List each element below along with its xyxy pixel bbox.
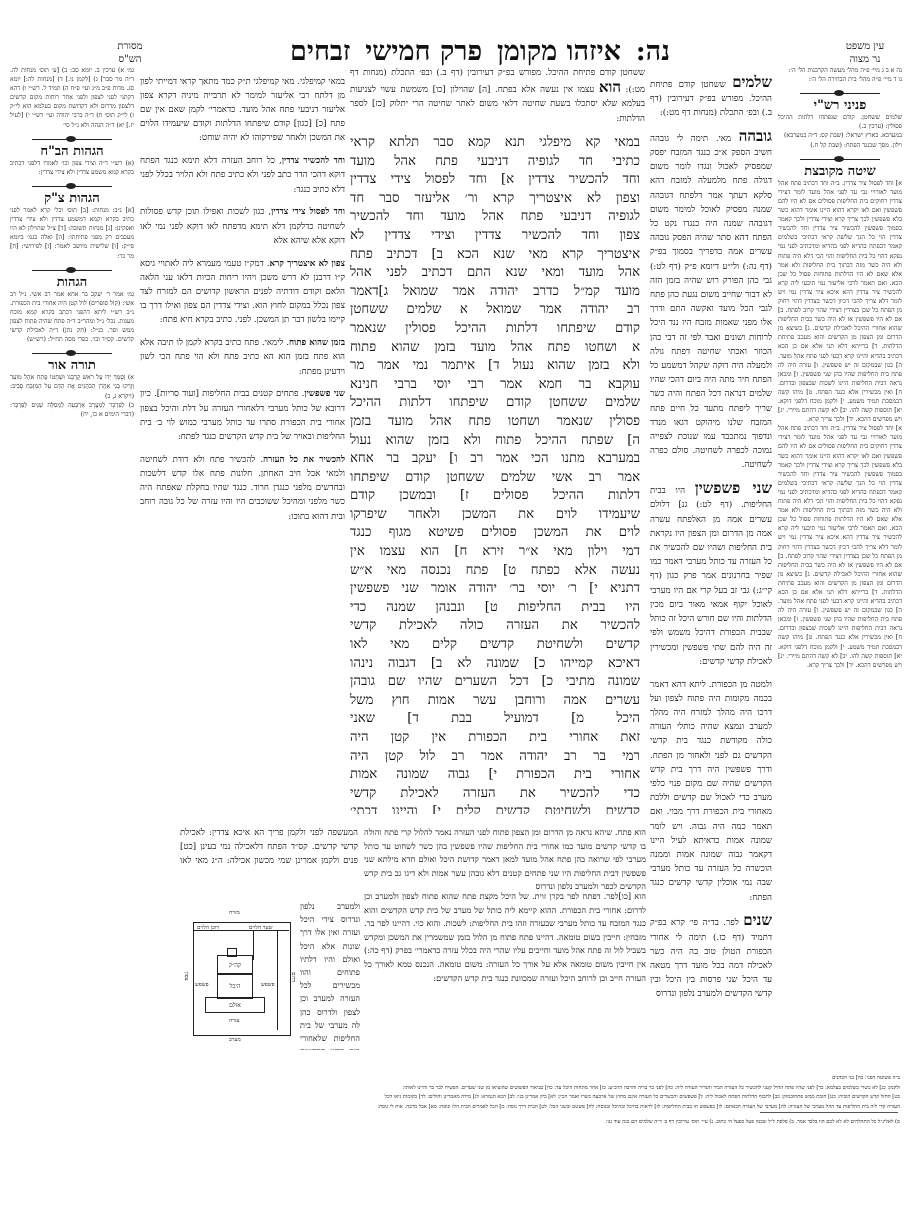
rashi-para-5: שני פשפשין. פתחים קטנים בבית החליפות [וע… xyxy=(140,387,345,444)
tosafot-column: שלמים ששחטן קודם פתיחת ההיכל. מפורש בפ״ק… xyxy=(650,66,772,1066)
hagahot-bach-title: הגהות הב"ח xyxy=(10,147,134,156)
footnote-line: העזרה קדי ליה בית החליפות עד ההל מערבי ש… xyxy=(170,1103,900,1113)
rashi-bottom-center: הוא [כו]לפר. דפתח לפר בקרן זוית. של היכל… xyxy=(364,890,646,1060)
mishnah-opening-word: שלמים xyxy=(732,73,772,91)
masoret-header-line2: הש"ס xyxy=(100,53,160,66)
gemara-line: כתיבי חד לגופיה דניבעי פתח אהל מועד xyxy=(350,153,640,172)
tosafot-text-4: לפר. בד״ה פי׳ קרא בפ״ק דתמיד (דף כז.) תי… xyxy=(650,918,772,999)
footnotes: ב״ה פשוטה הפני: כה] בני הכהנים ולקמן: כג… xyxy=(170,1074,900,1112)
gemara-line: מועד קמ״ל כדרב יהודה אמר שמואל ג]דאמר xyxy=(350,283,640,302)
gemara-line: שלמים ששחטן קודם שיפתחו דלתות ההיכל xyxy=(350,394,640,413)
folio-number: נה: xyxy=(636,36,670,67)
gemara-line: לוים את המשכן פסולים פשיטא מגוף כנגד xyxy=(350,524,640,543)
rashi-para-1: וחד להכשיר צדדין, כל רוחב העזרה דלא תימא… xyxy=(140,154,345,197)
gemara-line: קדשים ולשחיטת קדשים קלים מאי לאו xyxy=(350,636,640,655)
gemara-line: אהל מועד ומאי שנא התם דכתיב לפני אהל xyxy=(350,264,640,283)
footnote-line: כט] החזל קדש הקדשים הוביה: כט] חזבת ממש … xyxy=(170,1093,900,1103)
gemara-line: שיעמידו לוים את המשכן ולאחר שיפרקו xyxy=(350,506,640,525)
gemara-line: רמי בר רב יהודה אמר רב לול קטן היה xyxy=(350,748,640,767)
tosafot-para-2: שני פשפשין היו בבית החליפות. (דף לט:) גנ… xyxy=(650,481,772,669)
rashi-heading: להכשיר את כל העזרה xyxy=(263,455,345,465)
rashi-bottom-left: המעשפה לפני ולקמן פריך הא איכא צדדין: לא… xyxy=(180,826,358,866)
gemara-line: קדשים ולשחיטת קדשים קלים י] והיינו דכתי׳ xyxy=(350,803,640,814)
diagram-west-label: מערב xyxy=(229,1037,241,1043)
rashi-heading: צפון לא איצטריך קרא xyxy=(270,259,345,269)
ein-mishpat-item: נו ד מיי׳ פ״ה מהל׳ בית הבחירה הל׳ ה׳: xyxy=(778,75,902,84)
hu-word: הוא xyxy=(599,78,621,96)
gemara-line: נעשה אלא כפתח ט] פתח נכנסה מאי א״ש xyxy=(350,562,640,581)
gemara-line: דתניא י] ר׳ יוסי בר׳ יהודה אומר שני פשפש… xyxy=(350,580,640,599)
rashi-heading: וחד לפסול צידי צדדין xyxy=(271,207,345,217)
diagram-north-label: צפון xyxy=(183,972,189,981)
mishnah-top-center: ששחטן קודם פתיחת ההיכל. מפורש בפ״ק דעירו… xyxy=(350,66,645,126)
gemara-text: במאי קא מיפלגי תנא קמא סבר תלתא קראי כתי… xyxy=(350,134,640,814)
tosafot-text-3: ולמטה מן הכפורת. ליתא דהא דאמר בכמה מקומ… xyxy=(650,680,772,903)
tosafot-para-4: שנים לפר. בד״ה פי׳ קרא בפ״ק דתמיד (דף כז… xyxy=(650,913,772,1001)
gemara-line: צפון וחד להכשיר צדדין וצידי צדדין לא xyxy=(350,227,640,246)
bottom-center-text: הוא [כו]לפר. דפתח לפר בקרן זוית. של היכל… xyxy=(364,891,646,983)
ornament-divider xyxy=(32,267,112,274)
diagram-east-label: מזרח xyxy=(229,910,240,916)
gemara-line: א ושחטו פתח אהל מועד בזמן שהוא פתוח xyxy=(350,339,640,358)
hagahot-title: הגהות xyxy=(10,278,134,287)
tosafot-text: מאי. תימה לי גובהה חשיב הספק א״כ כנגד המ… xyxy=(650,134,772,471)
diagram-azara-label: עזרה xyxy=(229,1018,240,1024)
tosafot-para-1: גובהה מאי. תימה לי גובהה חשיב הספק א״כ כ… xyxy=(650,129,772,473)
rashi-bottom-right-text: הוא פתח. שיהא נראה מן הדרום ומן הצפון פת… xyxy=(364,827,646,891)
shita-mekubetzet-text: א] וחד לפסול ציר צדדין. ב״ה וחד דכתיב פת… xyxy=(778,179,902,425)
right-margin-column: נה א ב ג מיי׳ פ״ה מהל׳ מעשה הקרבנות הל׳ … xyxy=(778,66,902,1066)
gemara-line: להכשיר את העזרה כולה לאכילת קדשי xyxy=(350,617,640,636)
rashi-text-top: במאי קמיפלגי. מאי קמיפלגי ת״ק כמד מתאך ק… xyxy=(140,75,345,146)
gemara-line: וחד להכשיר צדדין א] וחד לפסול צידי צדדין xyxy=(350,171,640,190)
torah-or-title: תורה אור xyxy=(10,361,134,370)
masoret-header: מסורת הש"ס xyxy=(100,40,160,66)
footnote-line: ולקמן: כג] לא כשרי בשלמים בעלמא: כד] לפנ… xyxy=(170,1084,900,1094)
gemara-line: עוקבא בר חמא אמר רבי יוסי ברבי חנינא xyxy=(350,376,640,395)
gemara-line: וצפון לא איצטריך קרא ור׳ אליעזר סבר חד xyxy=(350,190,640,209)
gemara-line: ה] שפתח ההיכל פתוח ולא בזמן שהוא נעול xyxy=(350,432,640,451)
diagram-pishpash-left: פשפש xyxy=(195,982,209,988)
rashi-para-3: צפון לא איצטריך קרא. דמק״ו טעמי מעמרא לי… xyxy=(140,257,345,328)
ein-mishpat-item: נה א ב ג מיי׳ פ״ה מהל׳ מעשה הקרבנות הל׳ … xyxy=(778,66,902,75)
bottom-footnotes: ס) לאליג״ל כל התהלהים לא לא לכם הוו בלבד… xyxy=(440,1118,900,1128)
hagahot-bach-text: (א) רש״י ד״ה וצידי צפון וכו׳ לאמרו דלפני… xyxy=(10,159,134,177)
gemara-line: במערבא מתנו הכי אמר רב ו] יעקב בר אחא xyxy=(350,450,640,469)
diagram-kodesh-kodashim: קה״ק xyxy=(217,955,253,975)
diagram-ulam: אולם xyxy=(205,997,265,1013)
tosafot-para-3: ולמטה מן הכפורת. ליתא דהא דאמר בכמה מקומ… xyxy=(650,678,772,905)
page-title-bar: נה: איזהו מקומן פרק חמישי זבחים xyxy=(290,34,670,68)
hagahot-text: גמ׳ אמר ר׳ יעקב בר אחא אמר רב אשי. נ״ל ר… xyxy=(10,290,134,345)
pnei-rashi-item: וילון. מסך שכנגד הפתח: (שבת קל ח.) xyxy=(778,141,902,150)
ornament-divider xyxy=(32,350,112,357)
gemara-line: עשרים אמה ורוחבן עשר אמות חוץ משל xyxy=(350,692,640,711)
gemara-line: דאיכא קמייהו כ] שמונה לא ב] דגבוה נינהו xyxy=(350,655,640,674)
footnote-line: ב״ה פשוטה הפני: כה] בני הכהנים xyxy=(170,1074,900,1084)
hagahot-tzak-text: [א] נ״ב: מנחות: [ב] תוס׳ וכל׳ קרא לאמר ל… xyxy=(10,206,134,261)
diagram-heichal: היכל xyxy=(217,973,253,999)
torah-or-verse: א) וְסָמַךְ יָדוֹ עַל רֹאשׁ קָרְבָּנוֹ ו… xyxy=(10,373,134,400)
diagram-arrow-vertical xyxy=(253,930,254,960)
gemara-line: רב יהודה אמר שמואל א שלמים ששחטן xyxy=(350,301,640,320)
rashi-heading: וחד להכשיר צדדין xyxy=(282,156,345,166)
gemara-line: כדי להכשיר את העזרה לאכילת קדשי xyxy=(350,785,640,804)
masoret-header-line1: מסורת xyxy=(100,40,160,53)
footnote-line: ס) לאליג״ל כל התהלהים לא לא לכם הוו בלבד… xyxy=(440,1118,900,1128)
gemara-line: היכל מ] דמועיל בבת ד] שאני xyxy=(350,710,640,729)
rashi-para-2: וחד לפסול צידי צדדין, כגון לשכות ואפילו … xyxy=(140,205,345,248)
rashi-heading: בזמן שהוא פתוח xyxy=(289,338,345,348)
diagram-south-label: דרום xyxy=(290,972,296,982)
masoret-text: גמ׳ א) ערכין ב. יומא סב: ב) [ע׳ תוס׳ מנח… xyxy=(10,66,134,130)
tosafot-heading-pishpashin: שני פשפשין xyxy=(695,479,772,497)
diagram-height-arrow xyxy=(277,930,278,1030)
ornament-divider xyxy=(800,156,880,163)
tosafot-opening-word: גובהה xyxy=(739,127,772,145)
shita-mekubetzet-text-cont: א] וחד לפסול ציר צדדין. ב״ה וחד דכתיב פת… xyxy=(778,424,902,670)
pnei-rashi-title: פניני רש"י xyxy=(778,101,902,110)
rashi-para-6: להכשיר את כל העזרה. להכשיר פתח ולא דודת … xyxy=(140,453,345,524)
torah-or-verse: ב) לַפַּרְבָּר לַמַּעֲרָב אַרְבָּעָה לַמ… xyxy=(10,401,134,419)
ornament-divider xyxy=(32,183,112,190)
diagram-side-text: ולמערב נלפון ונדרוס צידי היכל ועזרה ואין… xyxy=(300,900,360,1050)
temple-diagram: מזרח מערב צפון דרום דוכן הלוים שער הלוים… xyxy=(187,910,297,1050)
gemara-line: שמונה מתיבי כ] דכל השערים שהיו שם גובהן xyxy=(350,673,640,692)
gemara-line: איצטריך קרא מאי שנא הכא ב] דכתיב פתח xyxy=(350,246,640,265)
ein-mishpat-header-line2: נר מצוה xyxy=(830,53,900,66)
gemara-line: במאי קא מיפלגי תנא קמא סבר תלתא קראי xyxy=(350,134,640,153)
ein-mishpat-header: עין משפט נר מצוה xyxy=(830,40,900,66)
ornament-divider xyxy=(800,90,880,97)
rashi-para-4: בזמן שהוא פתוח. לימאי. פתח כתיב בקרא לקמ… xyxy=(140,336,345,379)
footnote-separator xyxy=(760,1112,898,1113)
tractate-name: זבחים xyxy=(290,36,350,67)
diagram-side-text-content: ולמערב נלפון ונדרוס צידי היכל ועזרה ואין… xyxy=(300,902,360,1050)
diagram-pishpash-right: פשפש xyxy=(261,982,275,988)
ein-mishpat-header-line1: עין משפט xyxy=(830,40,900,53)
gemara-line: פסולין שנאמר ושחטו פתח אהל מועד בזמן xyxy=(350,413,640,432)
gemara-line: קודם שיפתחו דלתות ההיכל פסולין שנאמר xyxy=(350,320,640,339)
rashi-heading: שני פשפשין xyxy=(304,389,345,399)
rashi-column: במאי קמיפלגי. מאי קמיפלגי ת״ק כמד מתאך ק… xyxy=(140,66,345,826)
ornament-divider xyxy=(32,136,112,143)
tosafot-text-2: היו בבית החליפות. (דף לט:) גנ] דלולם עשר… xyxy=(650,486,772,666)
mishnah-top-para: שלמים ששחטן קודם פתיחת ההיכל. מפורש בפ״ק… xyxy=(650,75,772,121)
gemara-line: דלתות ההיכל פסולים ז] ובמשכן קודם xyxy=(350,487,640,506)
shita-mekubetzet-title: שיטה מקובצת xyxy=(778,167,902,176)
gemara-line: ולא בזמן שהוא נעול ד] איתמר נמי אמר מר xyxy=(350,357,640,376)
gemara-line: אחורי בית הכפורת י] גבוה שמונה אמות xyxy=(350,766,640,785)
gemara-line: לגופיה דניבעי פתח אהל מועד וחד להכשיר xyxy=(350,208,640,227)
gemara-line: זאת אחורי בית הכפורת אין קטן היה xyxy=(350,729,640,748)
diagram-arrow-line xyxy=(193,930,289,931)
gemara-line: דמי וילון מאי א״ר זירא ח] הוא עצמו אין xyxy=(350,543,640,562)
chapter-name: איזהו מקומן xyxy=(497,36,621,67)
tosafot-heading-shnayim: שנים xyxy=(743,911,772,929)
left-margin-column: גמ׳ א) ערכין ב. יומא סב: ב) [ע׳ תוס׳ מנח… xyxy=(10,66,134,1066)
pnei-rashi-item: שלמים ששחטן. קודם שנפתחו דלתות ההיכל פסו… xyxy=(778,113,902,131)
gemara-line: אמר רב אשי שלמים ששחטן קודם שיפתחו xyxy=(350,469,640,488)
rashi-bottom-text: המעשפה לפני ולקמן פריך הא איכא צדדין: לא… xyxy=(180,828,358,866)
pnei-rashi-item: במערבא. בארץ ישראל: (שבת קס: ד״ה במערבא) xyxy=(778,131,902,140)
hagahot-tzak-title: הגהות צ"ק xyxy=(10,194,134,203)
gemara-line: היו בבית החליפות ט] ונבנהן שמנה כדי xyxy=(350,599,640,618)
chapter-number: פרק חמישי xyxy=(365,36,482,67)
